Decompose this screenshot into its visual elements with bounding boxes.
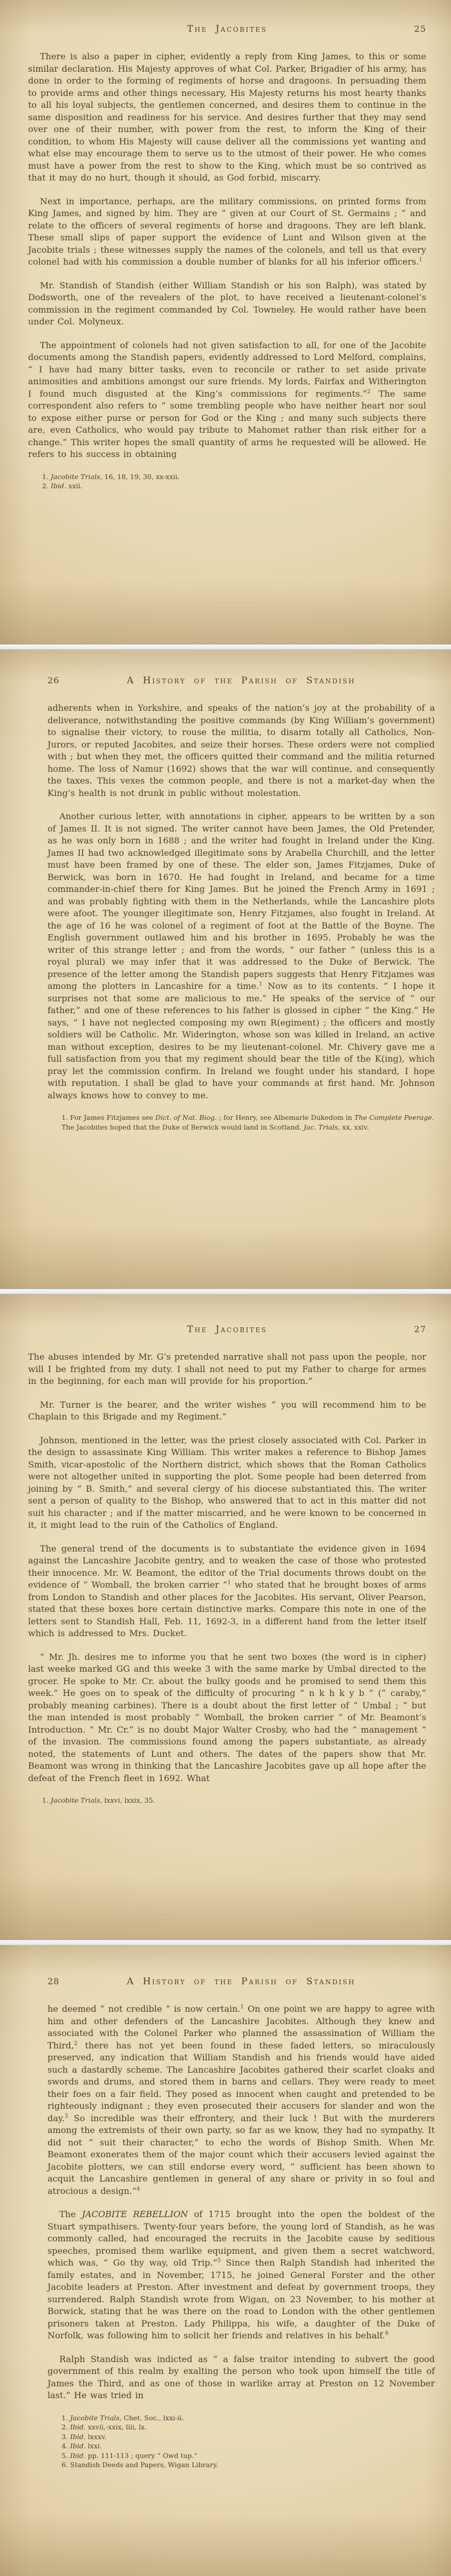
footnote-ref: 1: [419, 257, 422, 263]
text-run: 4.: [61, 2442, 70, 2450]
page-body-text: he deemed “ not credible ” is now certai…: [47, 2003, 435, 2402]
footnote: 1. Jacobite Trials, lxxvi, lxxix, 35.: [42, 1796, 426, 1805]
text-run: Jacobite Trials: [51, 1796, 100, 1804]
running-title: The Jacobites: [67, 1324, 387, 1335]
paragraph: adherents when in Yorkshire, and speaks …: [47, 702, 435, 799]
text-run: Ibid.: [51, 482, 66, 490]
text-run: Dict. of Nat. Biog.: [155, 1113, 217, 1121]
text-run: 2.: [42, 482, 51, 490]
book-scan: The Jacobites 25 There is also a paper i…: [0, 0, 451, 2576]
footnotes-block: 1. For James Fitzjames see Dict. of Nat.…: [47, 1113, 435, 1132]
paragraph: Another curious letter, with annotations…: [47, 811, 435, 1102]
text-run: Ralph Standish was indicted as “ a false…: [47, 2354, 435, 2401]
footnotes-block: 1. Jacobite Trials, lxxvi, lxxix, 35.: [28, 1796, 426, 1805]
folio-number: 27: [387, 1324, 426, 1334]
page-header: The Jacobites 25: [28, 24, 426, 34]
footnote-ref: 4: [136, 2186, 140, 2192]
page-gap: [0, 645, 451, 649]
paragraph: The appointment of colonels had not give…: [28, 340, 426, 461]
text-run: lxxi.: [86, 2442, 102, 2450]
footnote: 1. Jacobite Trials, 16, 18, 19, 30, xx-x…: [42, 472, 426, 482]
text-run: JACOBITE REBELLION: [82, 2209, 188, 2219]
folio-number: 26: [47, 675, 86, 685]
page-body-text: The abuses intended by Mr. G’s pretended…: [28, 1351, 426, 1784]
running-title: The Jacobites: [67, 24, 387, 34]
footnote: 6. Standish Deeds and Papers, Wigan Libr…: [61, 2460, 435, 2470]
text-run: Since then Ralph Standish had inherited …: [47, 2258, 435, 2340]
text-run: 6. Standish Deeds and Papers, Wigan Libr…: [61, 2461, 218, 2469]
text-run: Jacobite Trials: [70, 2414, 120, 2422]
text-run: lxxxv.: [86, 2433, 107, 2441]
paragraph: Johnson, mentioned in the letter, was th…: [28, 1435, 426, 1532]
page-body-text: There is also a paper in cipher, evident…: [28, 51, 426, 461]
text-run: Johnson, mentioned in the letter, was th…: [28, 1435, 426, 1531]
text-run: 5.: [61, 2452, 70, 2460]
page-header: The Jacobites 27: [28, 1324, 426, 1335]
paragraph: Mr. Standish of Standish (either William…: [28, 280, 426, 328]
footnote: 5. Ibid. pp. 111-113 ; query “ Owd tup.”: [61, 2451, 435, 2461]
book-page-28: 28 A History of the Parish of Standish h…: [0, 1945, 451, 2576]
text-run: he deemed “ not credible ” is now certai…: [47, 2004, 241, 2014]
text-run: Ibid.: [70, 2452, 86, 2460]
footnote: 1. For James Fitzjames see Dict. of Nat.…: [61, 1113, 435, 1123]
text-run: xxvii,-xxix, liii, lx.: [86, 2423, 147, 2431]
running-title: A History of the Parish of Standish: [86, 675, 396, 686]
text-run: Now as to its contents. “ I hope it surp…: [47, 981, 435, 1100]
text-run: Next in importance, perhaps, are the mil…: [28, 196, 426, 267]
folio-number: 25: [387, 24, 426, 34]
text-run: xxii.: [66, 482, 83, 490]
text-run: Another curious letter, with annotations…: [47, 811, 435, 991]
footnote-ref: 6: [385, 2331, 388, 2337]
text-run: 1.: [42, 1796, 51, 1804]
text-run: pp. 111-113 ; query “ Owd tup.”: [86, 2452, 197, 2460]
text-run: Jacobite Trials: [51, 473, 100, 481]
paragraph: The general trend of the documents is to…: [28, 1543, 426, 1640]
paragraph: The abuses intended by Mr. G’s pretended…: [28, 1351, 426, 1388]
page-gap: [0, 1940, 451, 1945]
text-run: There is also a paper in cipher, evident…: [28, 51, 426, 183]
running-title: A History of the Parish of Standish: [86, 1976, 396, 1987]
page-header: 26 A History of the Parish of Standish: [47, 675, 435, 686]
text-run: 1.: [42, 473, 51, 481]
paragraph: Next in importance, perhaps, are the mil…: [28, 196, 426, 268]
footnotes-block: 1. Jacobite Trials, Chet. Soc., lxxi-ii.…: [47, 2413, 435, 2470]
paragraph: The JACOBITE REBELLION of 1715 brought i…: [47, 2208, 435, 2342]
text-run: “ Mr. Jh. desires me to informe you that…: [28, 1652, 426, 1783]
book-page-25: The Jacobites 25 There is also a paper i…: [0, 0, 451, 645]
paragraph: “ Mr. Jh. desires me to informe you that…: [28, 1651, 426, 1785]
text-run: , 16, 18, 19, 30, xx-xxii.: [100, 473, 180, 481]
text-run: adherents when in Yorkshire, and speaks …: [47, 703, 435, 798]
text-run: ; for Henry, see Albemarle Dukedom in: [217, 1113, 354, 1121]
page-gap: [0, 1289, 451, 1294]
text-run: Ibid.: [70, 2433, 86, 2441]
text-run: The same correspondent also refers to “ …: [28, 389, 426, 460]
text-run: Ibid.: [70, 2423, 86, 2431]
text-run: there has not yet been found in these fa…: [47, 2040, 435, 2123]
text-run: , Chet. Soc., lxxi-ii.: [119, 2414, 183, 2422]
page-body-text: adherents when in Yorkshire, and speaks …: [47, 702, 435, 1102]
text-run: .: [432, 1113, 434, 1121]
book-page-27: The Jacobites 27 The abuses intended by …: [0, 1294, 451, 1940]
text-run: Ibid.: [70, 2442, 86, 2450]
paragraph: There is also a paper in cipher, evident…: [28, 51, 426, 184]
paragraph: he deemed “ not credible ” is now certai…: [47, 2003, 435, 2197]
text-run: Jac. Trials: [304, 1123, 338, 1131]
text-run: So incredible was their effrontery, and …: [47, 2113, 435, 2196]
footnotes-block: 1. Jacobite Trials, 16, 18, 19, 30, xx-x…: [28, 472, 426, 491]
paragraph: Ralph Standish was indicted as “ a false…: [47, 2353, 435, 2402]
text-run: Mr. Standish of Standish (either William…: [28, 280, 426, 327]
footnote: 4. Ibid. lxxi.: [61, 2441, 435, 2451]
text-run: 1.: [61, 2414, 70, 2422]
paragraph: Mr. Turner is the bearer, and the writer…: [28, 1399, 426, 1423]
text-run: 3.: [61, 2433, 70, 2441]
text-run: Mr. Turner is the bearer, and the writer…: [28, 1400, 426, 1422]
footnote: The Jacobites hoped that the Duke of Ber…: [61, 1123, 435, 1132]
text-run: The Jacobites hoped that the Duke of Ber…: [61, 1123, 304, 1131]
text-run: The abuses intended by Mr. G’s pretended…: [28, 1352, 426, 1386]
folio-number: 28: [47, 1976, 86, 1986]
text-run: 1. For James Fitzjames see: [61, 1113, 155, 1121]
text-run: , lxxvi, lxxix, 35.: [100, 1796, 155, 1804]
footnote: 3. Ibid. lxxxv.: [61, 2432, 435, 2442]
text-run: 2.: [61, 2423, 70, 2431]
footnote: 1. Jacobite Trials, Chet. Soc., lxxi-ii.: [61, 2413, 435, 2423]
footnote: 2. Ibid. xxvii,-xxix, liii, lx.: [61, 2422, 435, 2432]
text-run: , xx, xxiv.: [338, 1123, 369, 1131]
book-page-26: 26 A History of the Parish of Standish a…: [0, 649, 451, 1289]
footnote: 2. Ibid. xxii.: [42, 481, 426, 491]
text-run: The: [59, 2209, 82, 2219]
page-header: 28 A History of the Parish of Standish: [47, 1976, 435, 1987]
text-run: The Complete Peerage: [354, 1113, 432, 1121]
